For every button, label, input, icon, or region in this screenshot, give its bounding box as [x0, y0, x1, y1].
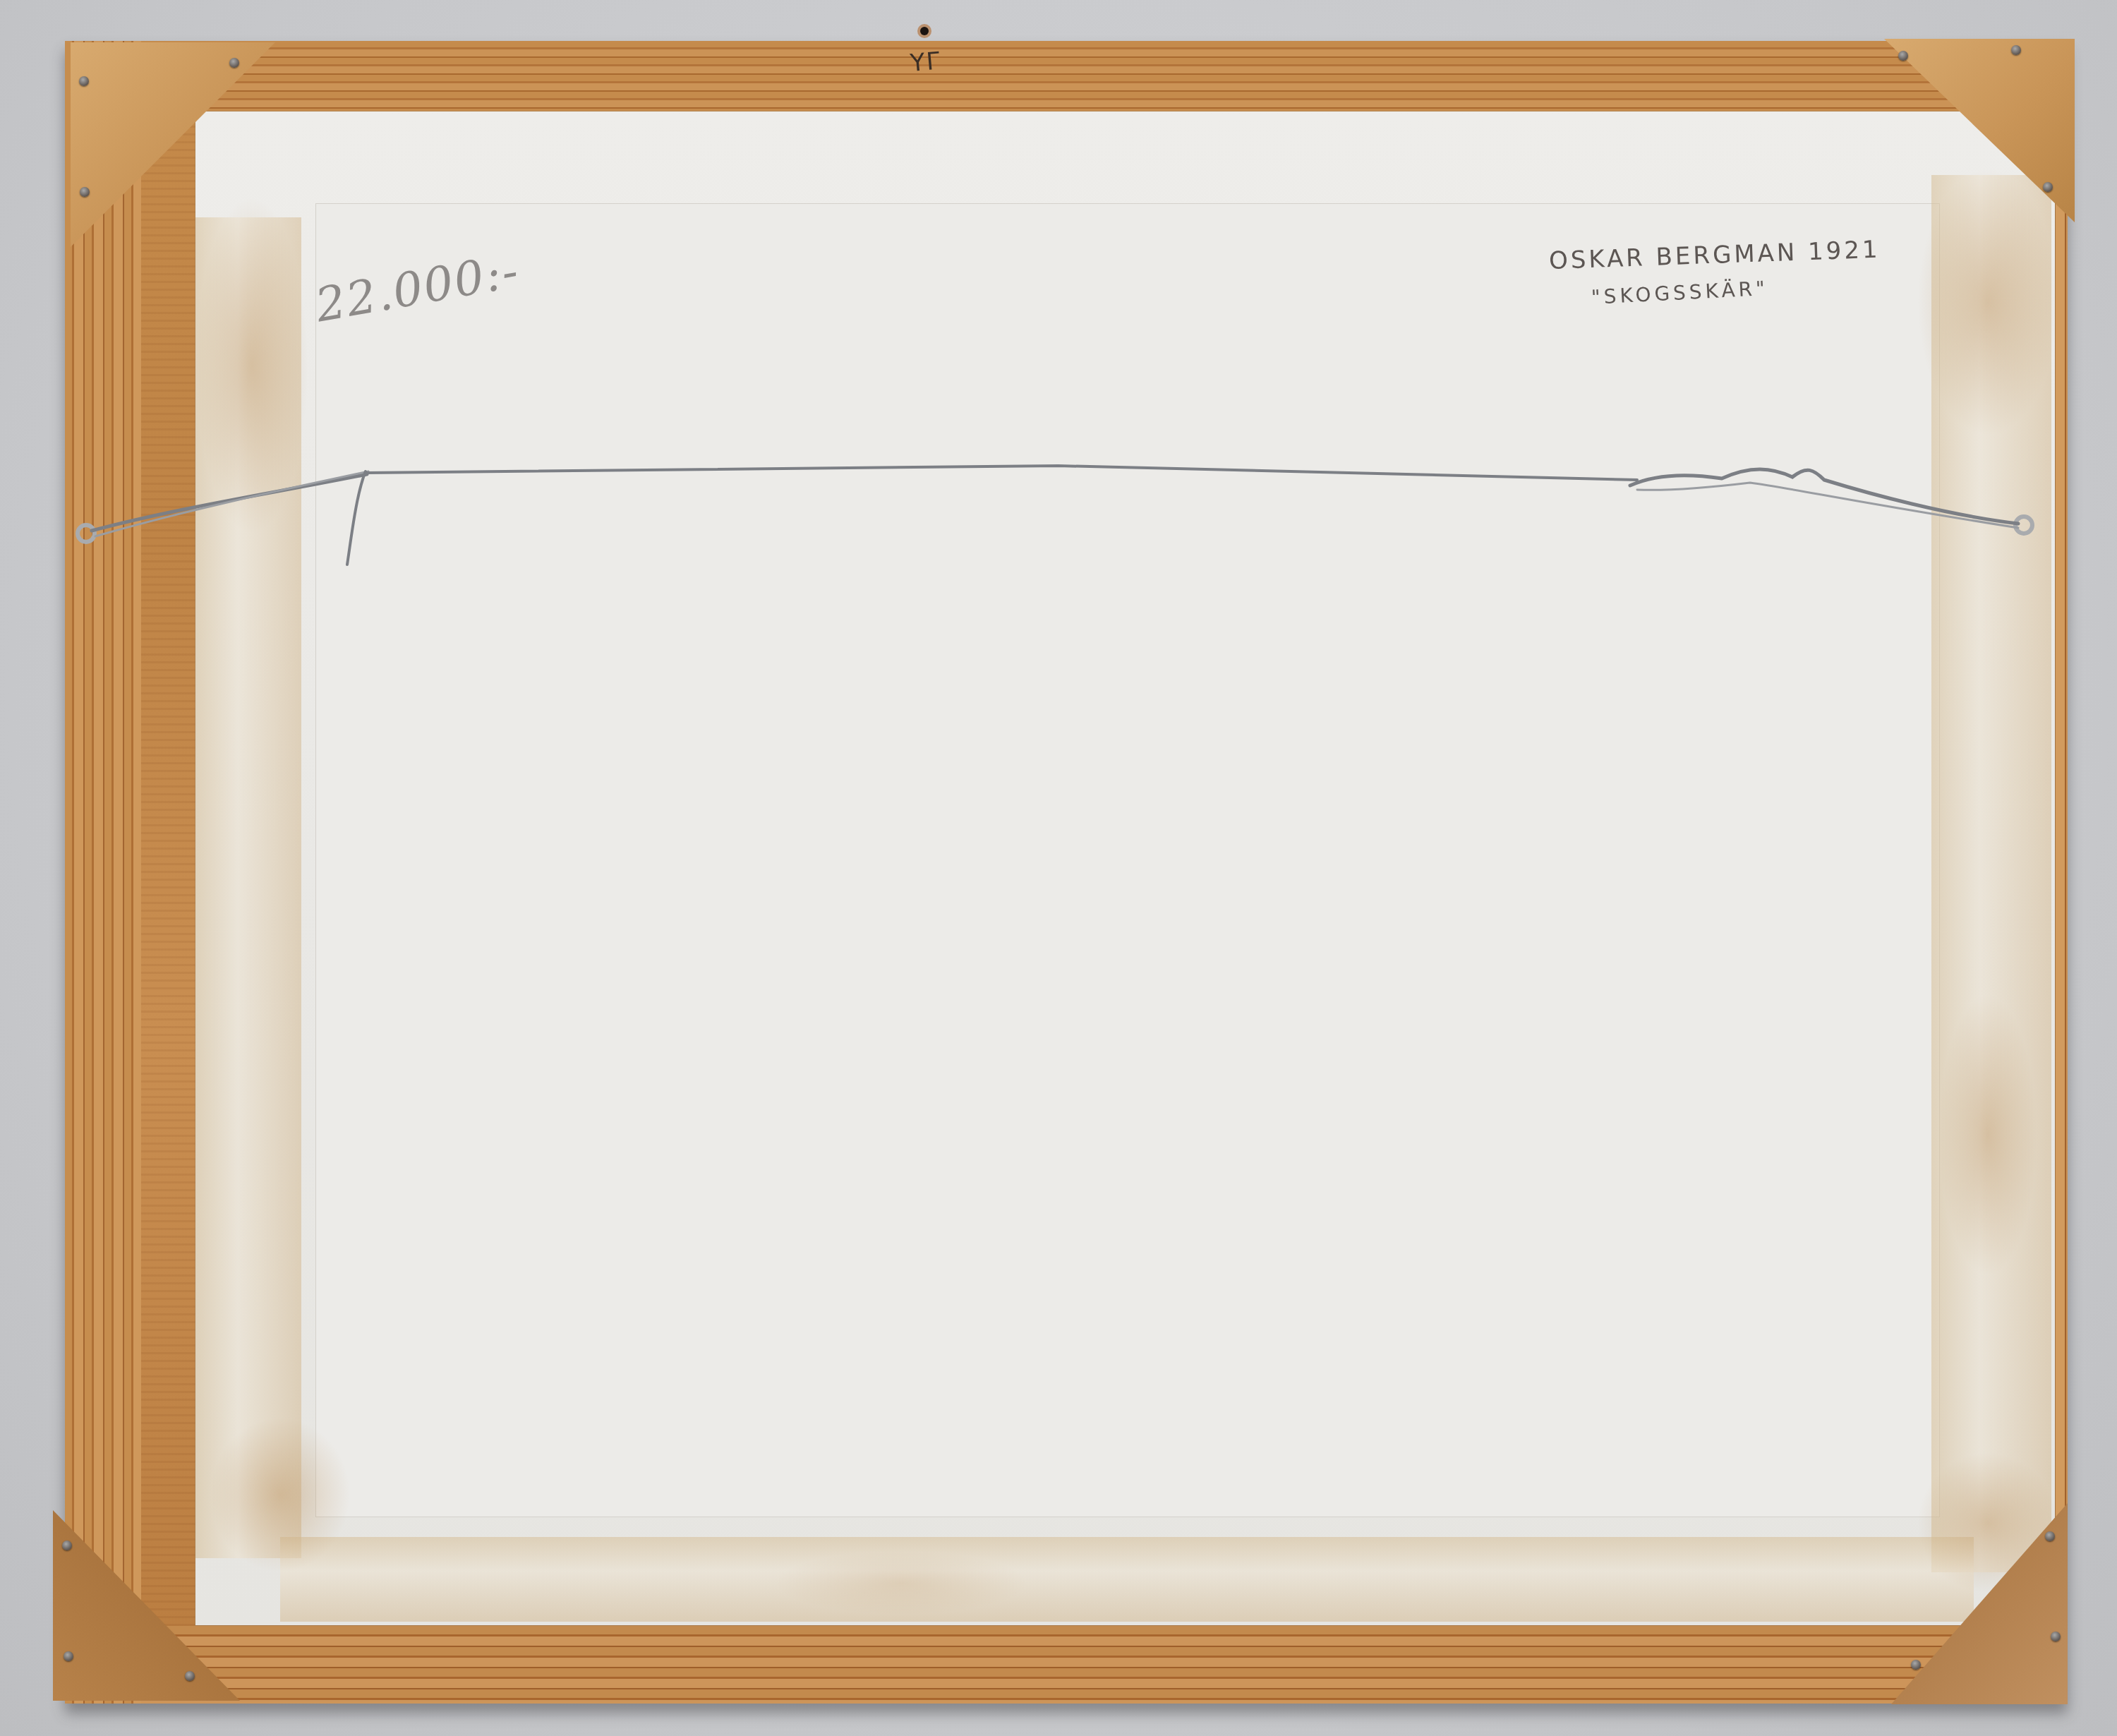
nail — [62, 1541, 72, 1550]
frame-pencil-mark: YΓ — [909, 47, 942, 78]
nail — [1898, 51, 1908, 61]
stain — [774, 1551, 1028, 1615]
stain — [195, 196, 308, 535]
nail — [185, 1671, 195, 1681]
stain — [1938, 994, 2037, 1276]
backing-board — [315, 203, 1940, 1517]
nail — [2045, 1531, 2055, 1541]
nail — [229, 58, 239, 68]
frame-rail-top — [65, 41, 2068, 115]
nail — [1911, 1660, 1921, 1670]
stain — [210, 1417, 351, 1572]
nail — [64, 1651, 73, 1661]
frame-rail-left — [65, 41, 141, 1704]
nail — [80, 187, 90, 197]
frame-rail-bottom — [65, 1626, 2068, 1704]
screw-hole — [920, 27, 929, 35]
stain — [1917, 168, 2058, 436]
backing-paper — [195, 111, 2055, 1625]
nail — [2043, 182, 2053, 192]
nail — [2011, 45, 2021, 55]
nail — [2051, 1632, 2061, 1641]
nail — [79, 76, 89, 86]
tape-bottom — [280, 1537, 1974, 1622]
